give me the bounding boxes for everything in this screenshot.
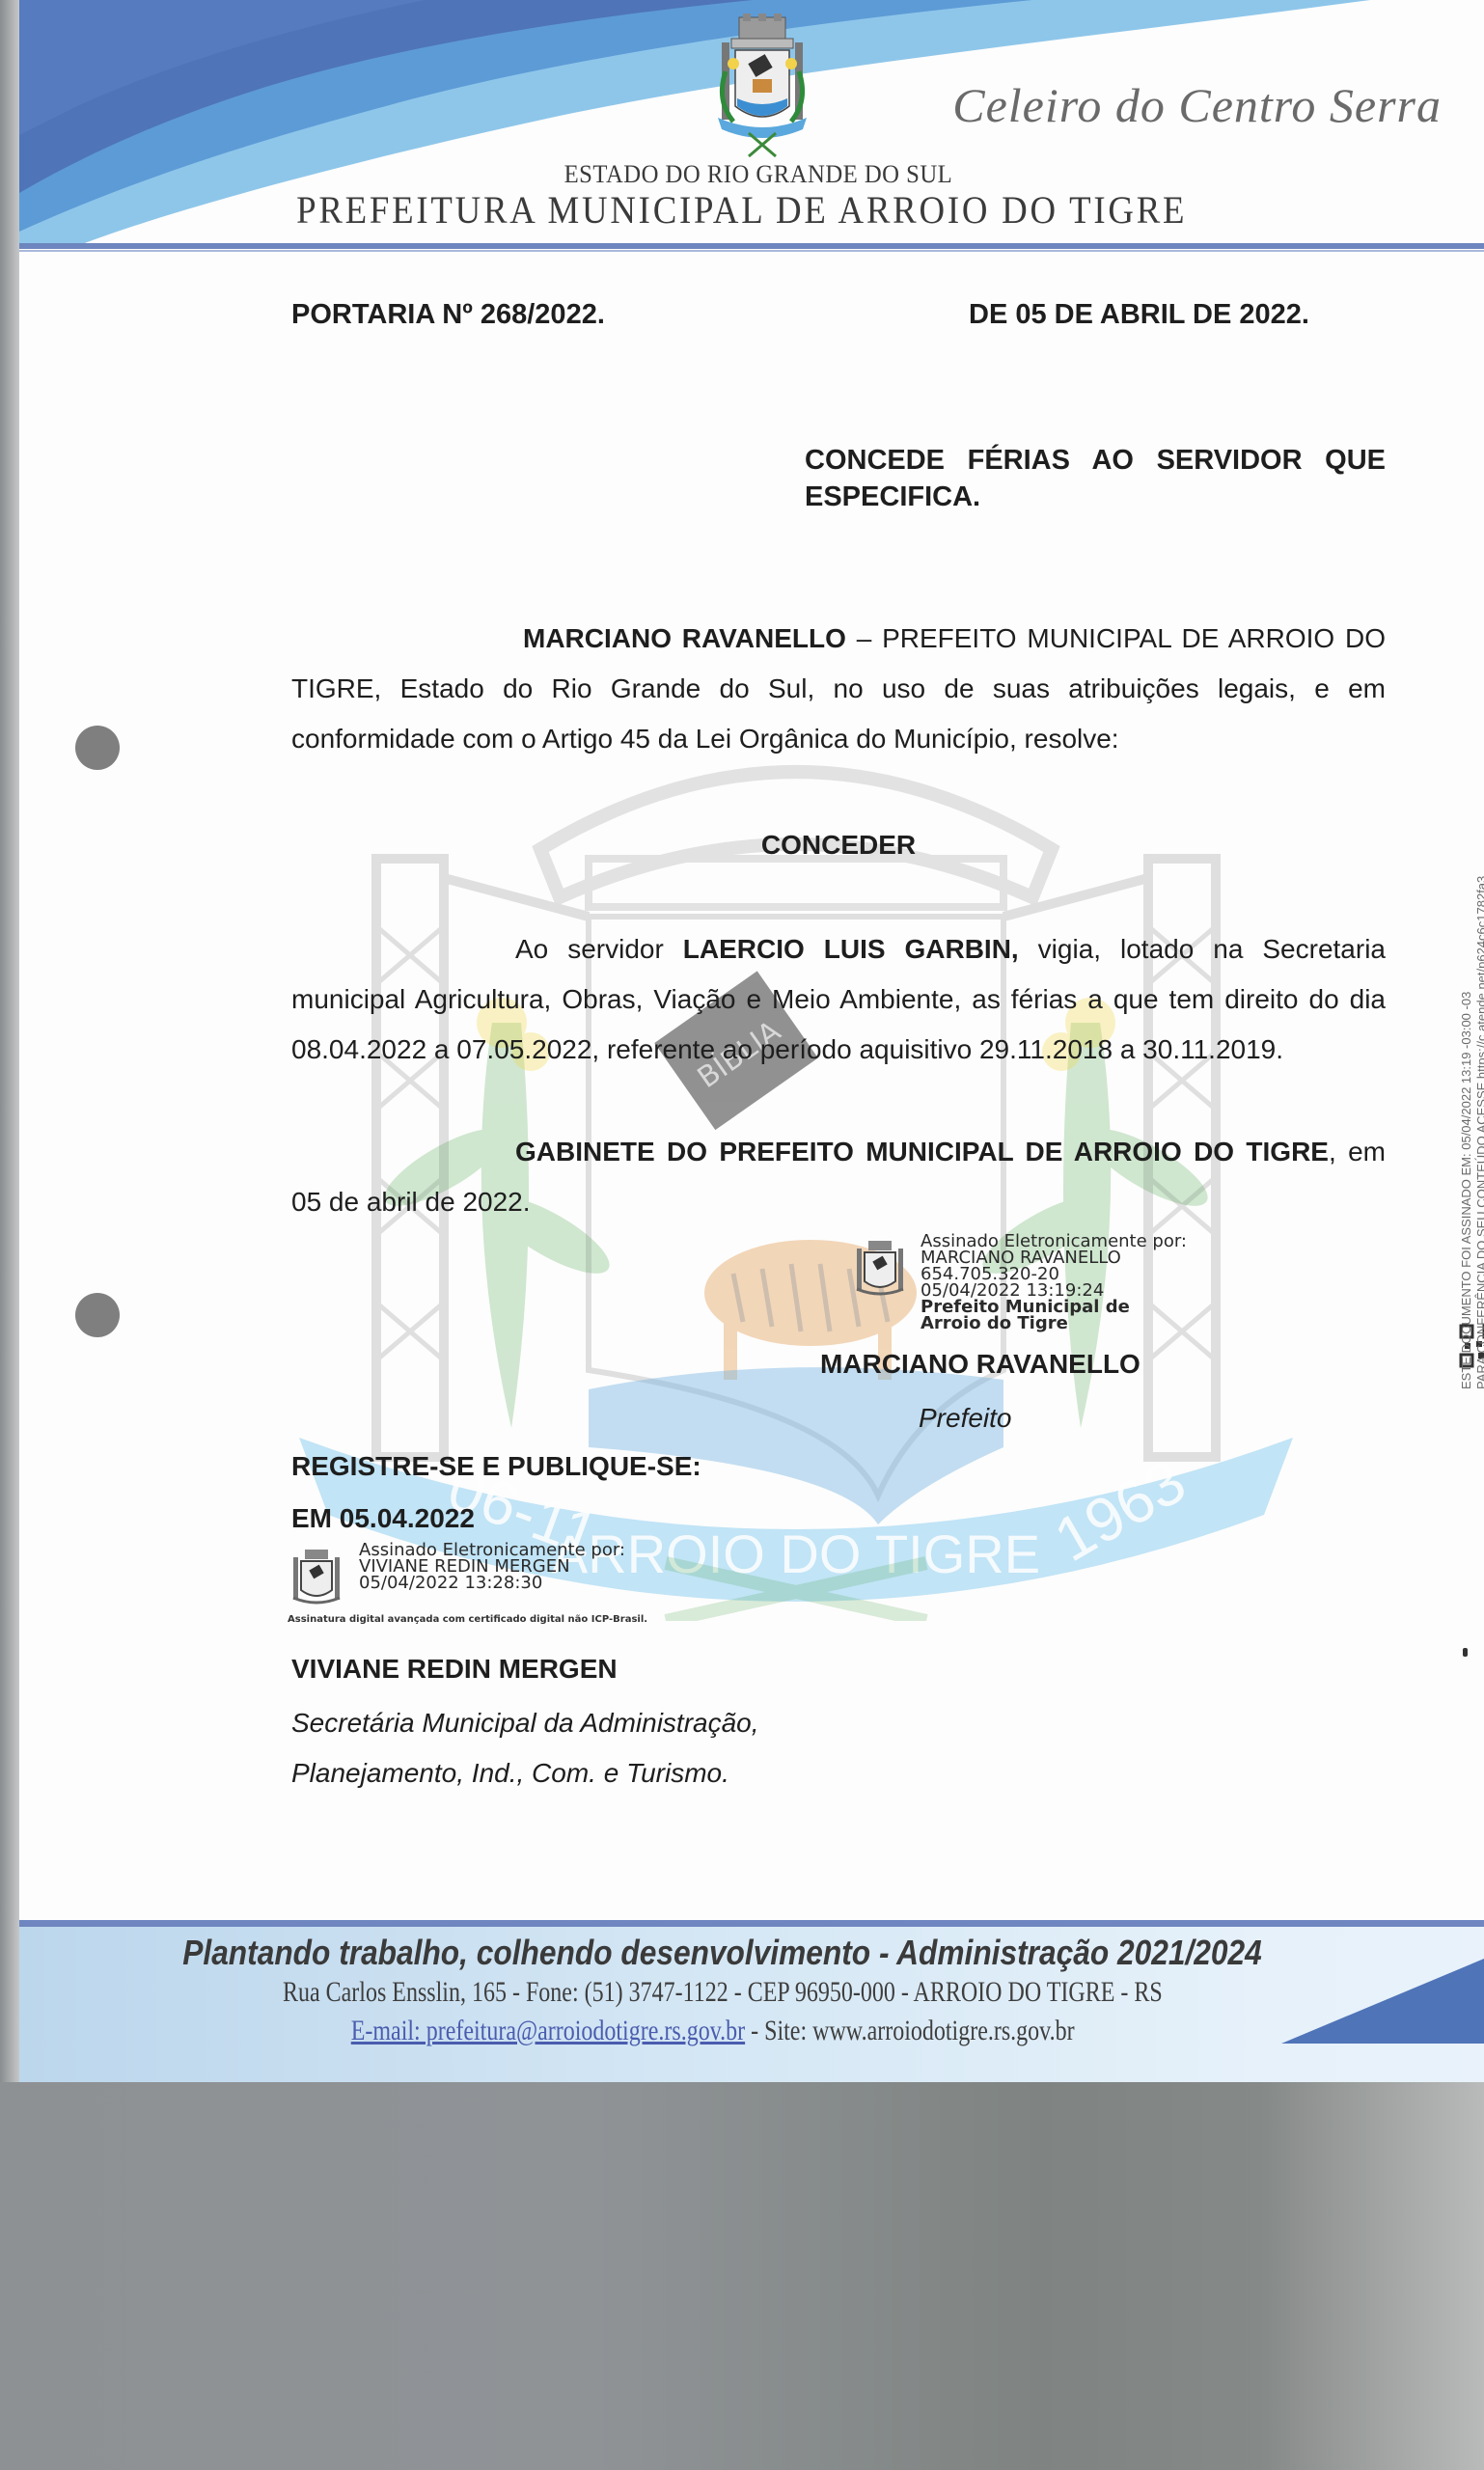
verification-margin-text: ESTE DOCUMENTO FOI ASSINADO EM: 05/04/20… [1459, 872, 1484, 1389]
footer-address: Rua Carlos Ensslin, 165 - Fone: (51) 374… [19, 1976, 1484, 2009]
punch-hole [75, 1293, 120, 1337]
document-page: Celeiro do Centro Serra ESTADO DO RIO GR… [19, 0, 1484, 2082]
register-publish-label: REGISTRE-SE E PUBLIQUE-SE: [291, 1441, 701, 1492]
register-date: EM 05.04.2022 [291, 1494, 475, 1544]
document-number: PORTARIA Nº 268/2022. [291, 289, 605, 340]
municipal-coat-of-arms-icon [695, 14, 830, 158]
mayor-signature-role: Prefeito [919, 1393, 1012, 1443]
signature-certificate-note: Assinatura digital avançada com certific… [288, 1613, 693, 1626]
mayor-name-inline: MARCIANO RAVANELLO [523, 623, 846, 653]
e-signature-stamp-secretary: Assinado Eletronicamente por: VIVIANE RE… [288, 1542, 693, 1619]
employee-name: LAERCIO LUIS GARBIN, [683, 934, 1019, 964]
header-motto: Celeiro do Centro Serra [952, 77, 1442, 133]
preamble-paragraph: MARCIANO RAVANELLO – PREFEITO MUNICIPAL … [291, 614, 1386, 764]
closing-paragraph: GABINETE DO PREFEITO MUNICIPAL DE ARROIO… [291, 1127, 1386, 1227]
header-divider [19, 243, 1484, 249]
action-heading: CONCEDER [291, 820, 1386, 870]
secretary-role-line1: Secretária Municipal da Administração, [291, 1698, 759, 1748]
mayor-signature-name: MARCIANO RAVANELLO [820, 1339, 1140, 1389]
grant-paragraph: Ao servidor LAERCIO LUIS GARBIN, vigia, … [291, 924, 1386, 1075]
secretary-signature-name: VIVIANE REDIN MERGEN [291, 1644, 618, 1694]
email-link[interactable]: E-mail: prefeitura@arroiodotigre.rs.gov.… [351, 2015, 745, 2046]
header-state: ESTADO DO RIO GRANDE DO SUL [19, 160, 1484, 189]
header-municipality: PREFEITURA MUNICIPAL DE ARROIO DO TIGRE [19, 187, 1484, 233]
footer-divider [19, 1920, 1484, 1927]
footer-contact: E-mail: prefeitura@arroiodotigre.rs.gov.… [19, 2015, 1484, 2047]
site-text: - Site: www.arroiodotigre.rs.gov.br [745, 2015, 1074, 2046]
footer-motto: Plantando trabalho, colhendo desenvolvim… [19, 1933, 1484, 1973]
seal-icon [851, 1239, 909, 1301]
seal-icon [288, 1548, 345, 1609]
document-date: DE 05 DE ABRIL DE 2022. [969, 289, 1309, 340]
header-divider-light [19, 250, 1484, 252]
secretary-role-line2: Planejamento, Ind., Com. e Turismo. [291, 1748, 729, 1798]
document-summary: CONCEDE FÉRIAS AO SERVIDOR QUE ESPECIFIC… [805, 442, 1386, 515]
scan-left-edge [0, 0, 19, 2082]
scan-speck [1463, 1648, 1468, 1657]
punch-hole [75, 726, 120, 770]
